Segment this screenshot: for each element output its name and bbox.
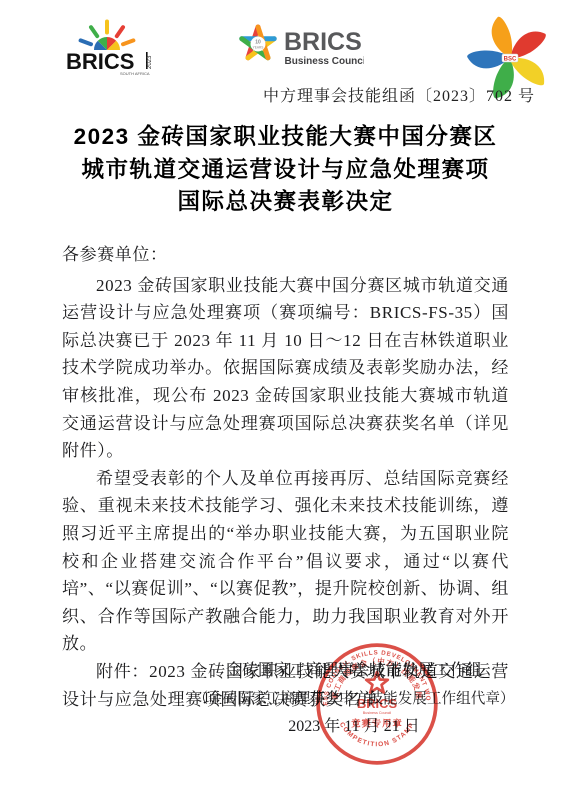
document-ref-number: 中方理事会技能组函〔2023〕702 号 (263, 83, 535, 106)
summit-country: SOUTH AFRICA (120, 71, 150, 76)
brics-business-council-logo-icon: 10 YEARS BRICS Business Council (236, 20, 364, 72)
brics-pinwheel-logo: BSC (460, 8, 560, 80)
pinwheel-center-text: BSC (504, 57, 517, 63)
signature-org: 金砖国家工商理事会技能发展工作组 (189, 657, 519, 685)
summit-year: 2023 (147, 55, 153, 69)
body-paragraph-1: 2023 金砖国家职业技能大赛中国分赛区城市轨道交通运营设计与应急处理赛项（赛项… (62, 272, 509, 465)
council-wordmark: BRICS (284, 28, 362, 56)
body-paragraph-2: 希望受表彰的个人及单位再接再厉、总结国际竞赛经验、重视未来技术技能学习、强化未来… (62, 465, 509, 658)
title-line-1: 2023 金砖国家职业技能大赛中国分赛区 (0, 121, 571, 154)
council-subtext: Business Council (285, 56, 365, 67)
signature-org-note: （金砖国家工商理事会中方技能发展工作组代章） (189, 685, 519, 713)
title-line-2: 城市轨道交通运营设计与应急处理赛项 (0, 154, 571, 187)
brics-summit-logo-icon: BRICS 2023 SOUTH AFRICA (50, 14, 162, 76)
document-body: 各参赛单位： 2023 金砖国家职业技能大赛中国分赛区城市轨道交通运营设计与应急… (62, 241, 509, 713)
signature-block: 金砖国家工商理事会技能发展工作组 （金砖国家工商理事会中方技能发展工作组代章） … (189, 657, 519, 741)
signature-date: 2023 年 11 月 21 日 (189, 713, 519, 741)
salutation: 各参赛单位： (62, 241, 509, 269)
title-line-3: 国际总决赛表彰决定 (0, 186, 571, 219)
badge-years: YEARS (253, 46, 264, 50)
brics-business-council-logo: 10 YEARS BRICS Business Council (236, 20, 364, 72)
document-page: BRICS 2023 SOUTH AFRICA 10 YEARS BRICS B… (0, 0, 571, 788)
document-title: 2023 金砖国家职业技能大赛中国分赛区 城市轨道交通运营设计与应急处理赛项 国… (0, 121, 571, 219)
brics-summit-logo: BRICS 2023 SOUTH AFRICA (50, 14, 162, 76)
